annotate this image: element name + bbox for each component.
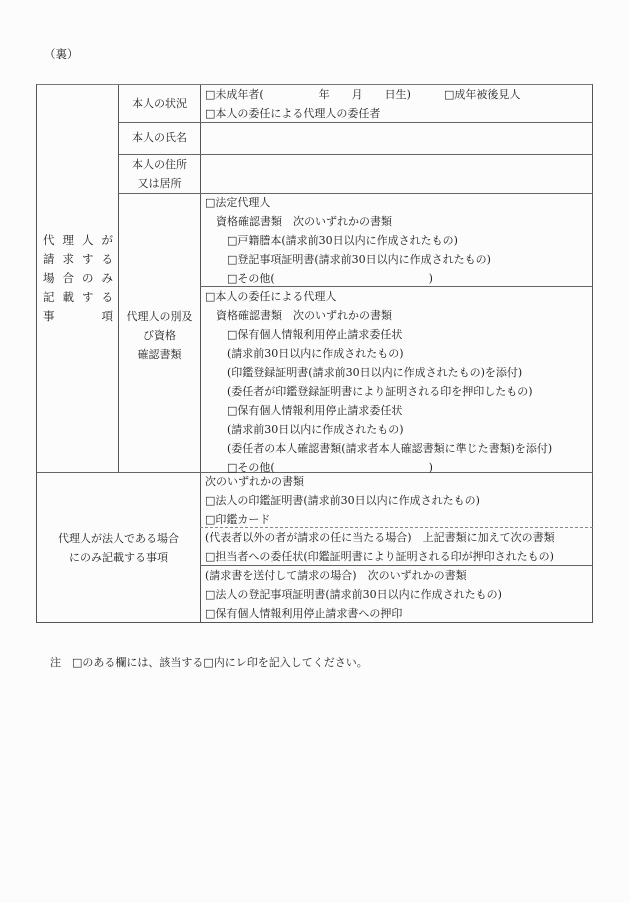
label-char: 場 — [43, 269, 55, 288]
form-table: 代理人が 請求する 場合のみ 記載する 事項 本人の状況 本人の氏名 本人の住所… — [36, 84, 593, 623]
label-char: 載 — [63, 288, 75, 307]
doc-heading: (請求書を送付して請求の場合) 次のいずれかの書類 — [205, 566, 502, 585]
doc-heading: 資格確認書類 次のいずれかの書類 — [205, 212, 491, 231]
legal-rep-block: □法定代理人 資格確認書類 次のいずれかの書類 □戸籍謄本(請求前30日以内に作… — [205, 193, 491, 288]
doc-note: (委任者の本人確認書類(請求者本人確認書類に準じた書類)を添付) — [205, 439, 552, 458]
label-line: 又は居所 — [119, 174, 200, 193]
label-person-status: 本人の状況 — [119, 94, 200, 113]
label-char: が — [102, 231, 114, 250]
checkbox-other[interactable]: □その他( ) — [205, 269, 491, 288]
checkbox-family-register[interactable]: □戸籍謄本(請求前30日以内に作成されたもの) — [205, 231, 491, 250]
label-char: 理 — [63, 231, 75, 250]
checkbox-seal-card[interactable]: □印鑑カード — [205, 510, 480, 529]
footnote: 注 □のある欄には、該当する□内にレ印を記入してください。 — [50, 654, 368, 670]
page-heading: （裏） — [44, 46, 79, 62]
corporate-block-1: 次のいずれかの書類 □法人の印鑑証明書(請求前30日以内に作成されたもの) □印… — [205, 472, 480, 529]
label-person-address: 本人の住所 又は居所 — [119, 155, 200, 193]
label-agent-type: 代理人の別及 び資格 確認書類 — [119, 307, 200, 364]
status-options[interactable]: □未成年者( 年 月 日生) □成年被後見人 □本人の委任による代理人の委任者 — [205, 85, 520, 123]
doc-note: (委任者が印鑑登録証明書により証明される印を押印したもの) — [205, 382, 552, 401]
checkbox-minor-adult-ward[interactable]: □未成年者( 年 月 日生) □成年被後見人 — [205, 85, 520, 104]
person-name-field[interactable] — [201, 123, 593, 154]
doc-note: (請求前30日以内に作成されたもの) — [205, 344, 552, 363]
delegate-block: □本人の委任による代理人 資格確認書類 次のいずれかの書類 □保有個人情報利用停… — [205, 287, 552, 477]
label-char: す — [82, 250, 94, 269]
label-line: 本人の氏名 — [119, 128, 200, 147]
label-person-name: 本人の氏名 — [119, 128, 200, 147]
agent-section-label: 代理人が 請求する 場合のみ 記載する 事項 — [39, 231, 117, 326]
corporate-block-2: (代表者以外の者が請求の任に当たる場合) 上記書類に加えて次の書類 □担当者への… — [205, 528, 555, 566]
label-line: 代理人の別及 — [119, 307, 200, 326]
label-char: 請 — [43, 250, 55, 269]
label-char: み — [102, 269, 114, 288]
person-address-field[interactable] — [201, 155, 593, 193]
label-char: す — [82, 288, 94, 307]
label-char: る — [102, 250, 114, 269]
label-char: 項 — [102, 307, 114, 326]
checkbox-power-of-attorney-2[interactable]: □保有個人情報利用停止請求委任状 — [205, 401, 552, 420]
label-line: 本人の住所 — [119, 155, 200, 174]
doc-heading: (代表者以外の者が請求の任に当たる場合) 上記書類に加えて次の書類 — [205, 528, 555, 547]
label-line: 確認書類 — [119, 345, 200, 364]
label-char: 代 — [43, 231, 55, 250]
corporate-section-label: 代理人が法人である場合 にのみ記載する事項 — [37, 529, 200, 567]
doc-note: (請求前30日以内に作成されたもの) — [205, 420, 552, 439]
label-char: の — [82, 269, 94, 288]
checkbox-delegate[interactable]: □本人の委任による代理人 — [205, 287, 552, 306]
label-char: 人 — [82, 231, 94, 250]
checkbox-request-seal[interactable]: □保有個人情報利用停止請求書への押印 — [205, 604, 502, 623]
checkbox-legal-rep[interactable]: □法定代理人 — [205, 193, 491, 212]
corporate-block-3: (請求書を送付して請求の場合) 次のいずれかの書類 □法人の登記事項証明書(請求… — [205, 566, 502, 623]
checkbox-corp-registry-cert[interactable]: □法人の登記事項証明書(請求前30日以内に作成されたもの) — [205, 585, 502, 604]
checkbox-corp-seal-cert[interactable]: □法人の印鑑証明書(請求前30日以内に作成されたもの) — [205, 491, 480, 510]
doc-heading: 資格確認書類 次のいずれかの書類 — [205, 306, 552, 325]
label-line: 代理人が法人である場合 — [37, 529, 200, 548]
checkbox-staff-delegation[interactable]: □担当者への委任状(印鑑証明書により証明される印が押印されたもの) — [205, 547, 555, 566]
label-line: び資格 — [119, 326, 200, 345]
label-char: 事 — [43, 307, 55, 326]
label-char: 求 — [63, 250, 75, 269]
label-char: 記 — [43, 288, 55, 307]
label-line: 本人の状況 — [119, 94, 200, 113]
label-char: る — [102, 288, 114, 307]
doc-heading: 次のいずれかの書類 — [205, 472, 480, 491]
doc-note: (印鑑登録証明書(請求前30日以内に作成されたもの)を添付) — [205, 363, 552, 382]
checkbox-power-of-attorney-1[interactable]: □保有個人情報利用停止請求委任状 — [205, 325, 552, 344]
checkbox-delegator[interactable]: □本人の委任による代理人の委任者 — [205, 104, 520, 123]
label-char: 合 — [63, 269, 75, 288]
checkbox-registry-cert[interactable]: □登記事項証明書(請求前30日以内に作成されたもの) — [205, 250, 491, 269]
label-line: にのみ記載する事項 — [37, 548, 200, 567]
